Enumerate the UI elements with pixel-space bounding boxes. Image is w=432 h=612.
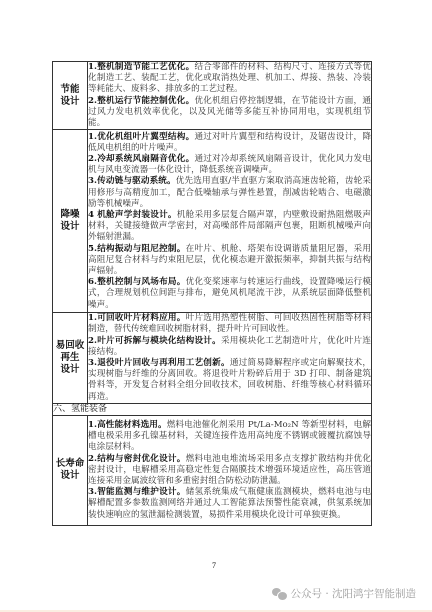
- list-item: 1.高性能材料选用。燃料电池催化剂采用 Pt/La-Mo₂N 等新型材料，电解槽…: [88, 420, 371, 454]
- list-item: 3.退役叶片回收与再利用工艺创新。通过简易降解程序或定向解聚技术，实现树脂与纤维…: [88, 358, 371, 403]
- item-title: 3.传动链与驱动系统。: [88, 176, 176, 186]
- list-item: 4 机舱声学封装设计。机舱采用多层复合隔声罩，内壁敷设耐热阻燃吸声材料，关键接缝…: [88, 210, 371, 244]
- item-title: 5.结构振动与阻尼控制。: [88, 244, 186, 254]
- row-content: 1.整机制造节能工艺优化。结合零部件的材料、结构尺寸、连接方式等优化制造工艺、装…: [88, 62, 372, 130]
- list-item: 1.整机制造节能工艺优化。结合零部件的材料、结构尺寸、连接方式等优化制造工艺、装…: [88, 62, 371, 96]
- item-title: 2.整机运行节能控制优化。: [88, 96, 194, 106]
- item-title: 2.冷却系统风扇隔音优化。: [88, 154, 194, 164]
- row-label: 节能 设计: [53, 62, 88, 130]
- item-title: 6.整机控制与风场布局。: [88, 277, 186, 287]
- item-title: 1.高性能材料选用。: [88, 420, 167, 430]
- row-label: 长寿命 设计: [53, 415, 88, 525]
- list-item: 1.优化机组叶片翼型结构。通过对叶片翼型和结构设计，及锯齿设计，降低风电机组的叶…: [88, 132, 371, 154]
- page-number: 7: [212, 561, 216, 570]
- list-item: 2.冷却系统风扇隔音优化。通过对冷却系统风扇隔音设计，优化风力发电机与风电变流器…: [88, 154, 371, 176]
- item-title: 2.叶片可拆解与模块化结构设计。: [88, 336, 221, 346]
- list-item: 2.结构与密封优化设计。燃料电池电堆流场采用多点支撑扩散结构并优化密封设计，电解…: [88, 454, 371, 488]
- list-item: 3.智能监测与维护设计。储氢系统集成气瓶健康监测模块，燃料电池与电解槽配置多参数…: [88, 487, 371, 521]
- table-row: 节能 设计 1.整机制造节能工艺优化。结合零部件的材料、结构尺寸、连接方式等优化…: [53, 62, 372, 130]
- item-title: 4 机舱声学封装设计。: [88, 210, 177, 220]
- label-line: 易回收: [53, 340, 87, 352]
- item-title: 3.退役叶片回收与再利用工艺创新。: [88, 358, 230, 368]
- list-item: 3.传动链与驱动系统。优先选用直驱/半直驱方案取消高速齿轮箱，齿轮采用修形与高精…: [88, 176, 371, 210]
- table-row: 降噪 设计 1.优化机组叶片翼型结构。通过对叶片翼型和结构设计，及锯齿设计，降低…: [53, 130, 372, 313]
- list-item: 5.结构振动与阻尼控制。在叶片、机舱、塔架布设调谐质量阻尼器，采用高阻尼复合材料…: [88, 244, 371, 278]
- list-item: 2.整机运行节能控制优化。优化机组启停控制逻辑，在节能设计方面，通过风力发电机效…: [88, 96, 371, 130]
- watermark-footer: 公众号 · 沈阳鸿宇智能制造: [272, 586, 416, 601]
- label-line: 节能: [53, 84, 87, 96]
- row-content: 1.优化机组叶片翼型结构。通过对叶片翼型和结构设计，及锯齿设计，降低风电机组的叶…: [88, 130, 372, 313]
- row-label: 降噪 设计: [53, 130, 88, 313]
- design-requirements-table: 节能 设计 1.整机制造节能工艺优化。结合零部件的材料、结构尺寸、连接方式等优化…: [52, 61, 372, 526]
- document-page: 节能 设计 1.整机制造节能工艺优化。结合零部件的材料、结构尺寸、连接方式等优化…: [0, 0, 432, 612]
- label-line: 设计: [53, 364, 87, 376]
- section-header-row: 六、氢能装备: [53, 403, 372, 415]
- item-title: 3.智能监测与维护设计。: [88, 487, 186, 497]
- list-item: 1.可回收叶片材料应用。叶片选用热塑性树脂、可回收热固性树脂等材料制造，替代传统…: [88, 313, 371, 335]
- label-line: 设计: [53, 96, 87, 108]
- label-line: 设计: [53, 221, 87, 233]
- wechat-icon: [272, 588, 286, 599]
- label-line: 长寿命: [53, 458, 87, 470]
- list-item: 6.整机控制与风场布局。优化变桨速率与转速运行曲线，设置降噪运行模式，合理规划机…: [88, 277, 371, 311]
- item-title: 1.优化机组叶片翼型结构。: [88, 132, 194, 142]
- item-title: 1.整机制造节能工艺优化。: [88, 62, 194, 72]
- list-item: 2.叶片可拆解与模块化结构设计。采用模块化工艺制造叶片，优化叶片连接结构。: [88, 336, 371, 358]
- label-line: 再生: [53, 352, 87, 364]
- label-line: 设计: [53, 470, 87, 482]
- label-line: 降噪: [53, 209, 87, 221]
- row-content: 1.可回收叶片材料应用。叶片选用热塑性树脂、可回收热固性树脂等材料制造，替代传统…: [88, 313, 372, 404]
- item-title: 1.可回收叶片材料应用。: [88, 313, 186, 323]
- table-row: 易回收 再生 设计 1.可回收叶片材料应用。叶片选用热塑性树脂、可回收热固性树脂…: [53, 313, 372, 404]
- row-content: 1.高性能材料选用。燃料电池催化剂采用 Pt/La-Mo₂N 等新型材料，电解槽…: [88, 415, 372, 525]
- section-header: 六、氢能装备: [53, 403, 372, 415]
- footer-text: 公众号 · 沈阳鸿宇智能制造: [290, 586, 416, 601]
- item-title: 2.结构与密封优化设计。: [88, 454, 186, 464]
- table-row: 长寿命 设计 1.高性能材料选用。燃料电池催化剂采用 Pt/La-Mo₂N 等新…: [53, 415, 372, 525]
- row-label: 易回收 再生 设计: [53, 313, 88, 404]
